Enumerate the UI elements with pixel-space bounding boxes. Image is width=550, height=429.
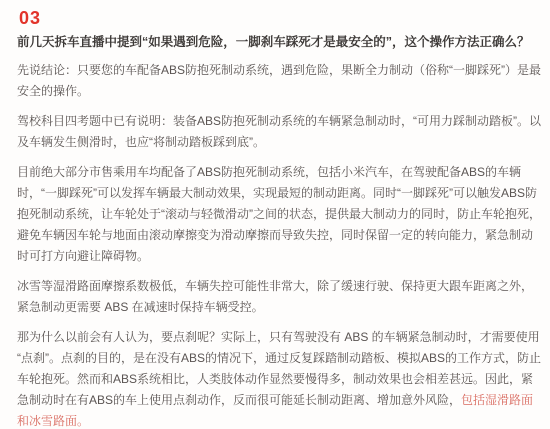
section-number: 03 xyxy=(19,7,538,29)
highlighted-text: 包括湿滑路面 xyxy=(461,393,533,407)
text-line: 时，“一脚踩死”可以发挥车辆最大制动效果，实现最短的制动距离。同时“一脚踩死”可… xyxy=(17,183,538,204)
text-line: 紧急制动更需要 ABS 在减速时保持车辆受控。 xyxy=(17,297,538,318)
text-line: 车轮抱死。然而和ABS系统相比，人类肢体动作显然要慢得多，制动效果也会相差甚远。… xyxy=(17,369,538,390)
paragraph-pulse-braking: 那为什么以前会有人认为，要点刹呢？实际上，只有驾驶没有 ABS 的车辆紧急制动时… xyxy=(17,327,538,429)
text-segment: 急制动时在有ABS的车上使用点刹动作，反而很可能延长制动距离、增加意外风险， xyxy=(17,393,461,407)
highlighted-text: 和冰雪路面。 xyxy=(17,414,89,428)
text-line: 时可打方向避让障碍物。 xyxy=(17,246,538,267)
text-line: 及车辆发生侧滑时，也应“将制动踏板踩到底”。 xyxy=(17,132,538,153)
paragraph-slippery-road: 冰雪等湿滑路面摩擦系数极低，车辆失控可能性非常大，除了缓速行驶、保持更大跟车距离… xyxy=(17,276,538,318)
paragraph-conclusion: 先说结论：只要您的车配备ABS防抱死制动系统，遇到危险，果断全力制动（俗称“一脚… xyxy=(17,60,538,102)
text-line: “点刹”。点刹的目的，是在没有ABS的情况下，通过反复踩踏制动踏板、模拟ABS的… xyxy=(17,348,538,369)
text-line: 避免车辆因车轮与地面由滚动摩擦变为滑动摩擦而导致失控，同时保留一定的转向能力，紧… xyxy=(17,225,538,246)
text-line: 那为什么以前会有人认为，要点刹呢？实际上，只有驾驶没有 ABS 的车辆紧急制动时… xyxy=(17,327,538,348)
text-line: 目前绝大部分市售乘用车均配备了ABS防抱死制动系统，包括小米汽车，在驾驶配备AB… xyxy=(17,162,538,183)
text-line-mixed: 急制动时在有ABS的车上使用点刹动作，反而很可能延长制动距离、增加意外风险，包括… xyxy=(17,390,538,411)
article-page: 03 前几天拆车直播中提到“如果遇到危险，一脚刹车踩死才是最安全的”，这个操作方… xyxy=(0,0,550,429)
text-line: 冰雪等湿滑路面摩擦系数极低，车辆失控可能性非常大，除了缓速行驶、保持更大跟车距离… xyxy=(17,276,538,297)
text-line: 先说结论：只要您的车配备ABS防抱死制动系统，遇到危险，果断全力制动（俗称“一脚… xyxy=(17,60,538,81)
text-line: 驾校科目四考题中已有说明：装备ABS防抱死制动系统的车辆紧急制动时，“可用力踩制… xyxy=(17,111,538,132)
text-line: 抱死制动系统，让车轮处于“滚动与轻微滑动”之间的状态，提供最大制动力的同时，防止… xyxy=(17,204,538,225)
text-line: 安全的操作。 xyxy=(17,81,538,102)
paragraph-driving-exam: 驾校科目四考题中已有说明：装备ABS防抱死制动系统的车辆紧急制动时，“可用力踩制… xyxy=(17,111,538,153)
text-line-highlight: 和冰雪路面。 xyxy=(17,411,538,429)
question-heading: 前几天拆车直播中提到“如果遇到危险，一脚刹车踩死才是最安全的”，这个操作方法正确… xyxy=(17,33,538,51)
paragraph-abs-explanation: 目前绝大部分市售乘用车均配备了ABS防抱死制动系统，包括小米汽车，在驾驶配备AB… xyxy=(17,162,538,267)
